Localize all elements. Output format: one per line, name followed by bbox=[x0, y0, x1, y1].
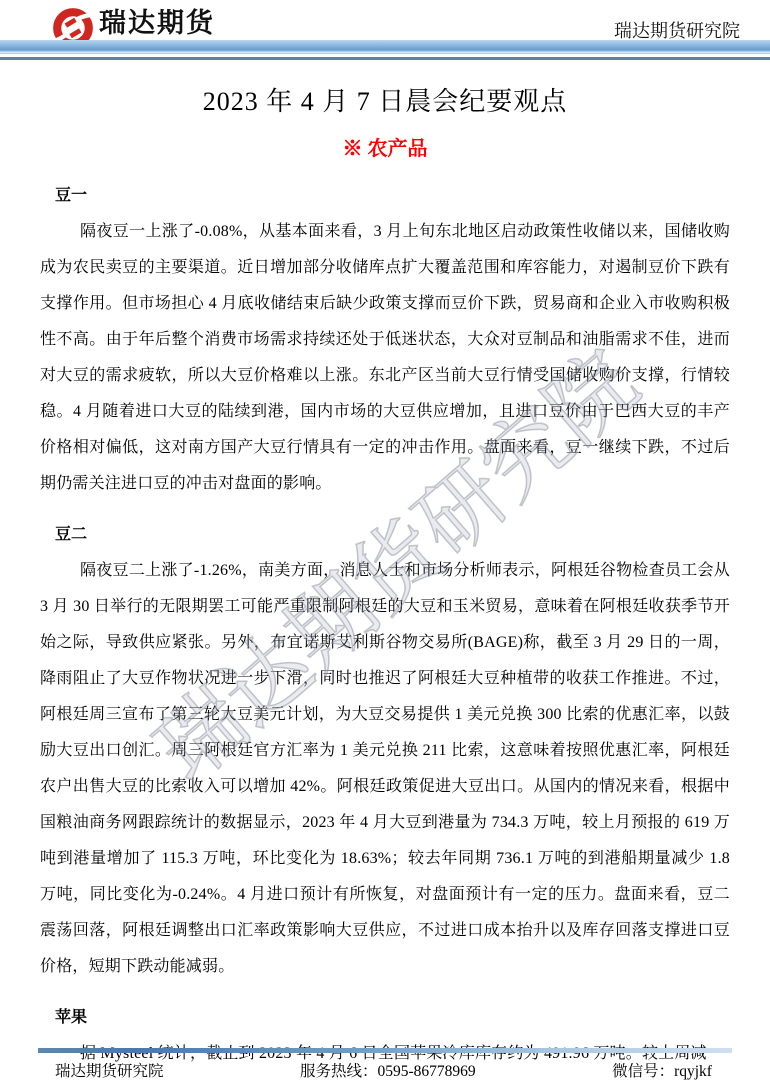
section-douyi: 豆一 隔夜豆一上涨了-0.08%，从基本面来看，3 月上旬东北地区启动政策性收储… bbox=[40, 178, 730, 502]
footer-institute: 瑞达期货研究院 bbox=[55, 1059, 164, 1081]
brand-name: 瑞达期货 bbox=[99, 9, 235, 38]
footer-divider-bar bbox=[38, 1048, 732, 1053]
section-heading: 豆二 bbox=[55, 517, 730, 553]
footer-hotline: 服务热线：0595-86778969 bbox=[300, 1059, 476, 1081]
section-paragraph: 隔夜豆二上涨了-1.26%，南美方面，消息人士和市场分析师表示，阿根廷谷物检查员… bbox=[40, 553, 730, 985]
section-heading: 豆一 bbox=[55, 178, 730, 214]
header-divider-line bbox=[0, 57, 770, 60]
page-header: 瑞达期货 RUIDA FUTURES CO.,LTD. 瑞达期货研究院 bbox=[0, 0, 770, 60]
document-body: 2023 年 4 月 7 日晨会纪要观点 ※ 农产品 豆一 隔夜豆一上涨了-0.… bbox=[0, 60, 770, 1072]
section-paragraph: 隔夜豆一上涨了-0.08%，从基本面来看，3 月上旬东北地区启动政策性收储以来，… bbox=[40, 214, 730, 502]
report-page: 瑞达期货 RUIDA FUTURES CO.,LTD. 瑞达期货研究院 瑞达期货… bbox=[0, 0, 770, 1090]
section-douer: 豆二 隔夜豆二上涨了-1.26%，南美方面，消息人士和市场分析师表示，阿根廷谷物… bbox=[40, 517, 730, 985]
footer-wechat: 微信号：rqyjkf bbox=[612, 1059, 712, 1081]
section-heading: 苹果 bbox=[55, 1000, 730, 1036]
page-footer: 瑞达期货研究院 服务热线：0595-86778969 微信号：rqyjkf bbox=[55, 1059, 712, 1081]
category-heading: ※ 农产品 bbox=[0, 136, 770, 163]
header-divider-bar bbox=[0, 40, 770, 54]
page-title: 2023 年 4 月 7 日晨会纪要观点 bbox=[0, 85, 770, 119]
sections: 豆一 隔夜豆一上涨了-0.08%，从基本面来看，3 月上旬东北地区启动政策性收储… bbox=[40, 178, 730, 1072]
